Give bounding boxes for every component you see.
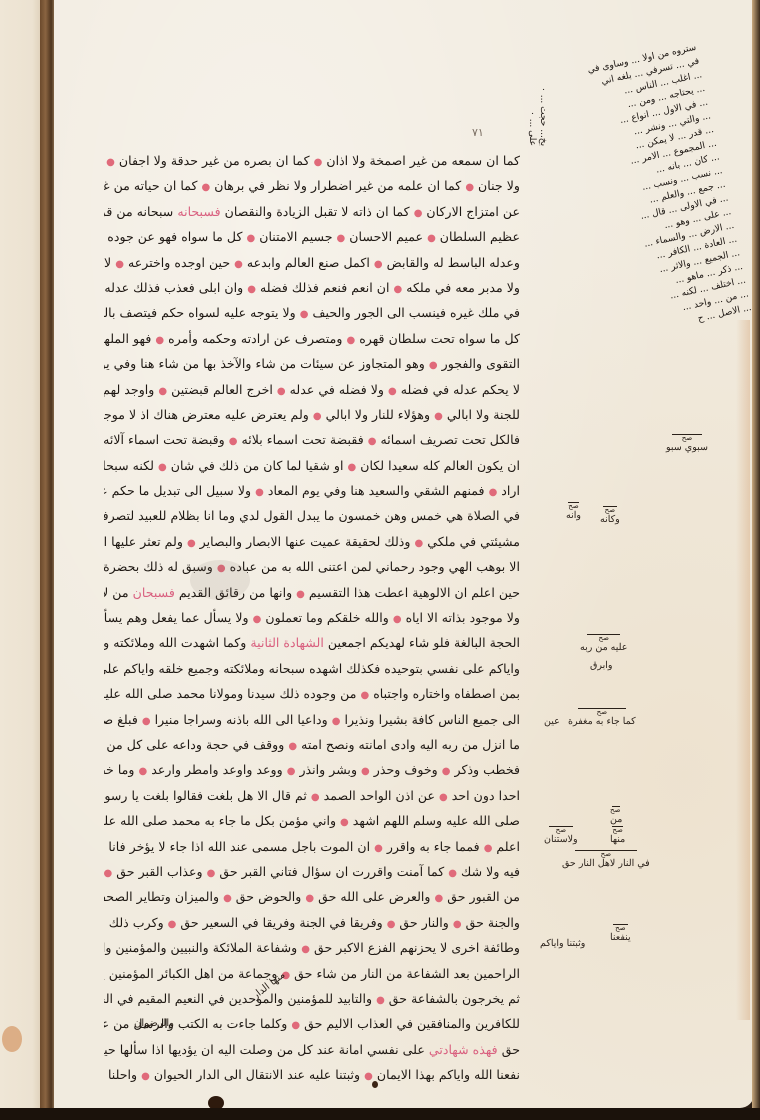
verse-separator-dot: ● (104, 868, 112, 879)
page-right-edge (752, 0, 760, 1120)
text-line: عظيم السلطان ● عميم الاحسان ● جسيم الامت… (104, 224, 520, 249)
text-line: حين اعلم ان الالوهية اعطت هذا التقسيم ● … (104, 580, 520, 605)
margin-note: صحعليه من ربه (580, 634, 627, 653)
verse-separator-dot: ● (106, 157, 115, 168)
margin-note: صحمن (610, 806, 622, 825)
verse-separator-dot: ● (255, 487, 264, 498)
verse-separator-dot: ● (155, 335, 164, 346)
text-line: بمن اصطفاه واختاره واجتباه ● من وجوده ذل… (104, 681, 520, 706)
verse-separator-dot: ● (376, 995, 385, 1006)
text-line: ولا جنان ● كما ان علمه من غير اضطرار ولا… (104, 173, 520, 198)
verse-separator-dot: ● (313, 411, 322, 422)
text-line: فخطب وذكر ● وخوف وحذر ● وبشر وانذر ● ووع… (104, 757, 520, 782)
smudge (190, 560, 250, 600)
rubric: فسبحانه (177, 204, 220, 219)
margin-note: عين (544, 716, 560, 727)
text-line: في الصلاة هي خمس وهن خمسون ما يبدل القول… (104, 503, 520, 528)
margin-note: صحمنها (610, 826, 625, 845)
verse-separator-dot: ● (434, 411, 443, 422)
verse-separator-dot: ● (158, 462, 167, 473)
main-text-block: كما ان سمعه من غير اصمخة ولا اذان ● كما … (104, 148, 520, 1087)
text-line: ولا موجود بذاته الا اياه ● والله خلقكم و… (104, 605, 520, 630)
text-line: اراد ● فمنهم الشقي والسعيد هنا وفي يوم ا… (104, 478, 520, 503)
verse-separator-dot: ● (314, 157, 323, 168)
text-line: والجنة حق ● والنار حق ● وفريقا في الجنة … (104, 910, 520, 935)
verse-separator-dot: ● (364, 1071, 373, 1082)
verse-separator-dot: ● (340, 817, 349, 828)
verse-separator-dot: ● (300, 309, 309, 320)
verse-separator-dot: ● (489, 487, 498, 498)
verse-separator-dot: ● (332, 716, 341, 727)
verse-separator-dot: ● (368, 436, 377, 447)
verse-separator-dot: ● (311, 792, 320, 803)
verse-separator-dot: ● (158, 386, 167, 397)
text-line: حق فهذه شهادتي على نفسي امانة عند كل من … (104, 1037, 520, 1062)
text-line: اعلم ● فمما جاء به واقرر ● ان الموت باجل… (104, 834, 520, 859)
text-line: ان يكون العالم كله سعيدا لكان ● او شقيا … (104, 453, 520, 478)
verse-separator-dot: ● (393, 284, 402, 295)
verse-separator-dot: ● (253, 614, 262, 625)
text-line: الا بوهب الهي وجود رحماني لمن اعتنى الله… (104, 554, 520, 579)
text-line: عن امتزاج الاركان ● كما ان ذاته لا تقبل … (104, 199, 520, 224)
text-line: فيه ولا شك ● كما آمنت واقررت ان سؤال فتا… (104, 859, 520, 884)
verse-separator-dot: ● (168, 919, 177, 930)
verse-separator-dot: ● (465, 182, 474, 193)
text-line: للجنة ولا ابالي ● وهؤلاء للنار ولا ابالي… (104, 402, 520, 427)
rubric: فسبحان (184, 204, 221, 219)
verse-separator-dot: ● (142, 716, 151, 727)
margin-note: صحكما جاء به مغفرة (568, 708, 636, 727)
water-stain (2, 1026, 22, 1052)
rubric: الشهادة الثانية (250, 635, 323, 650)
verse-separator-dot: ● (484, 843, 493, 854)
verse-separator-dot: ● (305, 893, 314, 904)
verse-separator-dot: ● (288, 741, 297, 752)
text-line: الراحمين بعد الشفاعة من النار من شاء حق … (104, 961, 520, 986)
verse-separator-dot: ● (414, 208, 423, 219)
verse-separator-dot: ● (429, 360, 438, 371)
text-line: مشيئتي في ملكي ● وذلك لحقيقة عميت عنها ا… (104, 529, 520, 554)
verse-separator-dot: ● (287, 766, 296, 777)
text-line: واياكم على نفسي بتوحيده فكذلك اشهده سبحا… (104, 656, 520, 681)
text-line: التقوى والفجور ● وهو المتجاوز عن سيئات م… (104, 351, 520, 376)
verse-separator-dot: ● (207, 868, 216, 879)
verse-separator-dot: ● (115, 259, 124, 270)
rubric: فسبحان (133, 585, 175, 600)
verse-separator-dot: ● (448, 868, 457, 879)
verse-separator-dot: ● (388, 386, 397, 397)
text-line: وعدله الباسط له والقابض ● اكمل صنع العال… (104, 250, 520, 275)
verse-separator-dot: ● (291, 1020, 300, 1031)
rubric: فهذه شهادتي (429, 1042, 498, 1057)
verse-separator-dot: ● (247, 284, 256, 295)
verse-separator-dot: ● (234, 259, 243, 270)
folio-number: ٧١ (472, 126, 484, 139)
verse-separator-dot: ● (201, 182, 210, 193)
verse-separator-dot: ● (387, 919, 396, 930)
scan-background (0, 1108, 760, 1120)
verse-separator-dot: ● (139, 766, 148, 777)
verse-separator-dot: ● (187, 538, 196, 549)
verse-separator-dot: ● (277, 386, 286, 397)
margin-note: وابرق (590, 660, 612, 671)
verse-separator-dot: ● (435, 893, 444, 904)
text-line: ولا مدبر معه في ملكه ● ان انعم فنعم فذلك… (104, 275, 520, 300)
verse-separator-dot: ● (337, 233, 346, 244)
margin-note: صحوكانه (600, 506, 620, 525)
verse-separator-dot: ● (374, 843, 383, 854)
text-line: ما انزل من ربه اليه وادى امانته ونصح امت… (104, 732, 520, 757)
margin-note: وثبتنا واياكم (540, 938, 585, 949)
text-line: كل ما سواه تحت سلطان قهره ● ومتصرف عن ار… (104, 326, 520, 351)
text-line: احدا دون احد ● عن اذن الواحد الصمد ● ثم … (104, 783, 520, 808)
text-line: لا يحكم عدله في فضله ● ولا فضله في عدله … (104, 377, 520, 402)
verse-separator-dot: ● (223, 893, 232, 904)
verse-separator-dot: ● (439, 792, 448, 803)
verse-separator-dot: ● (141, 1071, 150, 1082)
bottom-margin-note: والرضوان (134, 1018, 174, 1029)
margin-note: صحولاستنان (544, 826, 578, 845)
text-line: الحجة البالغة فلو شاء لهديكم اجمعين الشه… (104, 630, 520, 655)
margin-note: صحينفعنا (610, 924, 631, 943)
verse-separator-dot: ● (347, 462, 356, 473)
verse-separator-dot: ● (361, 766, 370, 777)
margin-note: صحوانه (566, 502, 581, 521)
margin-note: صحفي النار لاهل النار حق (562, 850, 650, 869)
text-line: ثم يخرجون بالشفاعة حق ● والتابيد للمؤمني… (104, 986, 520, 1011)
verse-separator-dot: ● (393, 614, 402, 625)
vertical-margin-note: بخ... حجت ... ٠ على ... ٠ (508, 76, 548, 146)
text-line: صلى الله عليه وسلم اللهم اشهد ● واني مؤم… (104, 808, 520, 833)
text-line: نفعنا الله واياكم بهذا الايمان ● وثبتنا … (104, 1062, 520, 1087)
verse-separator-dot: ● (301, 944, 310, 955)
ink-stain (372, 1081, 378, 1088)
verse-separator-dot: ● (427, 233, 436, 244)
text-line: كما ان سمعه من غير اصمخة ولا اذان ● كما … (104, 148, 520, 173)
verse-separator-dot: ● (360, 690, 369, 701)
verse-separator-dot: ● (246, 233, 255, 244)
verse-separator-dot: ● (374, 259, 383, 270)
text-line: الى جميع الناس كافة بشيرا ونذيرا ● وداعي… (104, 707, 520, 732)
margin-note: صحسبوي سبو (666, 434, 708, 453)
text-line: فالكل تحت تصريف اسمائه ● فقبضة تحت اسماء… (104, 427, 520, 452)
verse-separator-dot: ● (453, 919, 462, 930)
verse-separator-dot: ● (442, 766, 451, 777)
verse-separator-dot: ● (346, 335, 355, 346)
text-line: في ملك غيره فينسب الى الجور والحيف ● ولا… (104, 300, 520, 325)
verse-separator-dot: ● (229, 436, 238, 447)
verse-separator-dot: ● (414, 538, 423, 549)
verse-separator-dot: ● (296, 589, 305, 600)
text-line: وطائفة اخرى لا يحزنهم الفزع الاكبر حق ● … (104, 935, 520, 960)
text-line: من القبور حق ● والعرض على الله حق ● والح… (104, 884, 520, 909)
